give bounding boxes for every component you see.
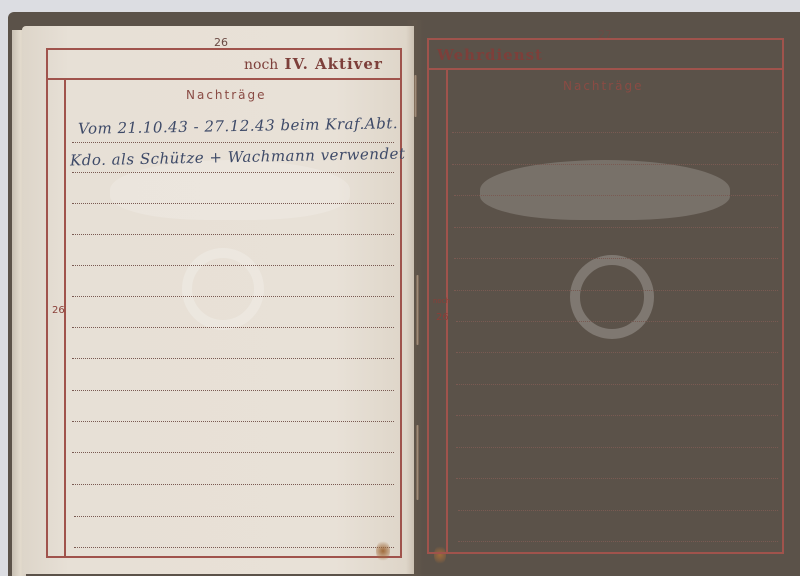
ruled-line bbox=[458, 510, 778, 511]
right-page-heading: Wehrdienst bbox=[437, 46, 543, 64]
right-header-divider bbox=[427, 68, 784, 70]
left-section-title: Nachträge bbox=[186, 88, 267, 102]
ruled-line bbox=[72, 327, 394, 328]
right-section-title: Nachträge bbox=[563, 79, 644, 93]
ruled-line bbox=[456, 352, 778, 353]
heading-text: IV. Aktiver bbox=[285, 55, 383, 73]
ruled-line bbox=[456, 321, 778, 322]
ruled-line bbox=[452, 132, 778, 133]
right-margin-number: 26 bbox=[436, 312, 449, 323]
ruled-line bbox=[456, 415, 778, 416]
left-margin-line bbox=[64, 78, 66, 558]
staple-icon bbox=[416, 425, 419, 500]
ruled-line bbox=[72, 421, 394, 422]
ruled-line bbox=[456, 384, 778, 385]
ruled-line bbox=[72, 203, 394, 204]
ruled-line bbox=[72, 142, 394, 143]
right-margin-line bbox=[446, 68, 448, 554]
right-page-frame bbox=[427, 38, 784, 554]
heading-prefix: noch bbox=[244, 57, 278, 73]
ruled-line bbox=[454, 195, 778, 196]
right-margin-prefix: noch bbox=[433, 297, 450, 305]
ruled-line bbox=[454, 258, 778, 259]
ruled-line bbox=[456, 447, 778, 448]
ruled-line bbox=[72, 265, 394, 266]
ruled-line bbox=[74, 547, 394, 548]
staple-icon bbox=[414, 75, 417, 117]
ruled-line bbox=[72, 452, 394, 453]
ruled-line bbox=[72, 296, 394, 297]
ruled-line bbox=[72, 358, 394, 359]
ruled-line bbox=[72, 390, 394, 391]
ruled-line bbox=[72, 234, 394, 235]
ruled-line bbox=[74, 516, 394, 517]
ruled-line bbox=[458, 541, 778, 542]
ruled-line bbox=[456, 478, 778, 479]
ruled-line bbox=[454, 227, 778, 228]
ruled-line bbox=[454, 290, 778, 291]
ruled-line bbox=[72, 484, 394, 485]
staple-icon bbox=[416, 275, 419, 345]
ruled-line bbox=[452, 164, 778, 165]
left-page-heading: noch IV. Aktiver bbox=[244, 55, 383, 73]
rust-stain bbox=[376, 540, 390, 562]
left-margin-number: 26 bbox=[52, 305, 65, 316]
left-header-divider bbox=[46, 78, 402, 80]
ruled-line bbox=[72, 172, 394, 173]
